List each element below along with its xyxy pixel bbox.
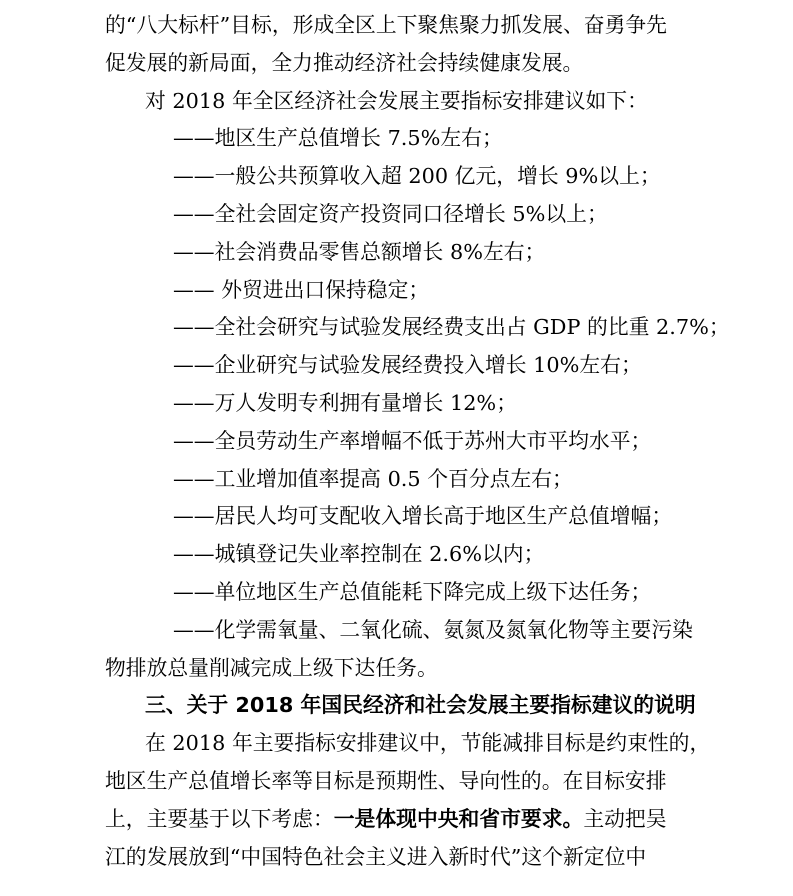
text-run: 江的发展放到“中国特色社会主义进入新时代”这个新定位中 [105,845,646,869]
text-run: ——一般公共预算收入超 200 亿元，增长 9%以上； [173,164,661,188]
text-line: ——万人发明专利拥有量增长 12%； [105,385,705,423]
text-run: ——单位地区生产总值能耗下降完成上级下达任务； [173,580,651,604]
text-line: ——企业研究与试验发展经费投入增长 10%左右； [105,347,705,385]
emphasis-text-run: 三、关于 2018 年国民经济和社会发展主要指标建议的说明 [145,693,696,717]
text-run: ——社会消费品零售总额增长 8%左右； [173,240,545,264]
text-line: ——城镇登记失业率控制在 2.6%以内； [105,536,705,574]
text-run: 物排放总量削减完成上级下达任务。 [105,656,438,680]
document-page: 的“八大标杆”目标，形成全区上下聚焦聚力抓发展、奋勇争先促发展的新局面，全力推动… [0,0,793,896]
text-line: 地区生产总值增长率等目标是预期性、导向性的。在目标安排 [105,763,705,801]
text-run: ——全员劳动生产率增幅不低于苏州大市平均水平； [173,429,651,453]
text-line: ——全社会固定资产投资同口径增长 5%以上； [105,196,705,234]
text-line: 上，主要基于以下考虑：一是体现中央和省市要求。主动把吴 [105,801,705,839]
text-run: 在 2018 年主要指标安排建议中，节能减排目标是约束性的， [145,731,710,755]
text-line: ——全员劳动生产率增幅不低于苏州大市平均水平； [105,423,705,461]
text-run: —— 外贸进出口保持稳定； [173,278,429,302]
text-run: 对 2018 年全区经济社会发展主要指标安排建议如下： [145,89,648,113]
text-run: ——居民人均可支配收入增长高于地区生产总值增幅； [173,504,672,528]
text-line: 江的发展放到“中国特色社会主义进入新时代”这个新定位中 [105,839,705,877]
text-line: 三、关于 2018 年国民经济和社会发展主要指标建议的说明 [105,687,705,725]
text-line: ——一般公共预算收入超 200 亿元，增长 9%以上； [105,158,705,196]
text-run: 促发展的新局面，全力推动经济社会持续健康发展。 [105,51,583,75]
text-run: ——工业增加值率提高 0.5 个百分点左右； [173,467,573,491]
text-run: 主动把吴 [583,807,666,831]
text-line: ——单位地区生产总值能耗下降完成上级下达任务； [105,574,705,612]
emphasis-text-run: 一是体现中央和省市要求。 [334,807,584,831]
text-run: ——化学需氧量、二氧化硫、氨氮及氮氧化物等主要污染 [173,618,693,642]
text-line: ——全社会研究与试验发展经费支出占 GDP 的比重 2.7%； [105,309,705,347]
text-line: 对 2018 年全区经济社会发展主要指标安排建议如下： [105,83,705,121]
text-line: ——工业增加值率提高 0.5 个百分点左右； [105,461,705,499]
text-run: ——企业研究与试验发展经费投入增长 10%左右； [173,353,642,377]
text-run: ——全社会研究与试验发展经费支出占 GDP 的比重 2.7%； [173,315,730,339]
text-run: ——万人发明专利拥有量增长 12%； [173,391,517,415]
text-run: 上，主要基于以下考虑： [105,807,334,831]
text-run: ——全社会固定资产投资同口径增长 5%以上； [173,202,608,226]
text-line: ——地区生产总值增长 7.5%左右； [105,120,705,158]
text-line: 促发展的新局面，全力推动经济社会持续健康发展。 [105,45,705,83]
text-run: 的“八大标杆”目标，形成全区上下聚焦聚力抓发展、奋勇争先 [105,13,667,37]
text-line: 的“八大标杆”目标，形成全区上下聚焦聚力抓发展、奋勇争先 [105,7,705,45]
text-run: 地区生产总值增长率等目标是预期性、导向性的。在目标安排 [105,769,667,793]
text-run: ——城镇登记失业率控制在 2.6%以内； [173,542,544,566]
text-run: ——地区生产总值增长 7.5%左右； [173,126,503,150]
text-line: ——化学需氧量、二氧化硫、氨氮及氮氧化物等主要污染 [105,612,705,650]
text-line: ——居民人均可支配收入增长高于地区生产总值增幅； [105,498,705,536]
text-line: ——社会消费品零售总额增长 8%左右； [105,234,705,272]
document-body: 的“八大标杆”目标，形成全区上下聚焦聚力抓发展、奋勇争先促发展的新局面，全力推动… [105,7,705,876]
text-line: —— 外贸进出口保持稳定； [105,272,705,310]
text-line: 在 2018 年主要指标安排建议中，节能减排目标是约束性的， [105,725,705,763]
text-line: 物排放总量削减完成上级下达任务。 [105,650,705,688]
